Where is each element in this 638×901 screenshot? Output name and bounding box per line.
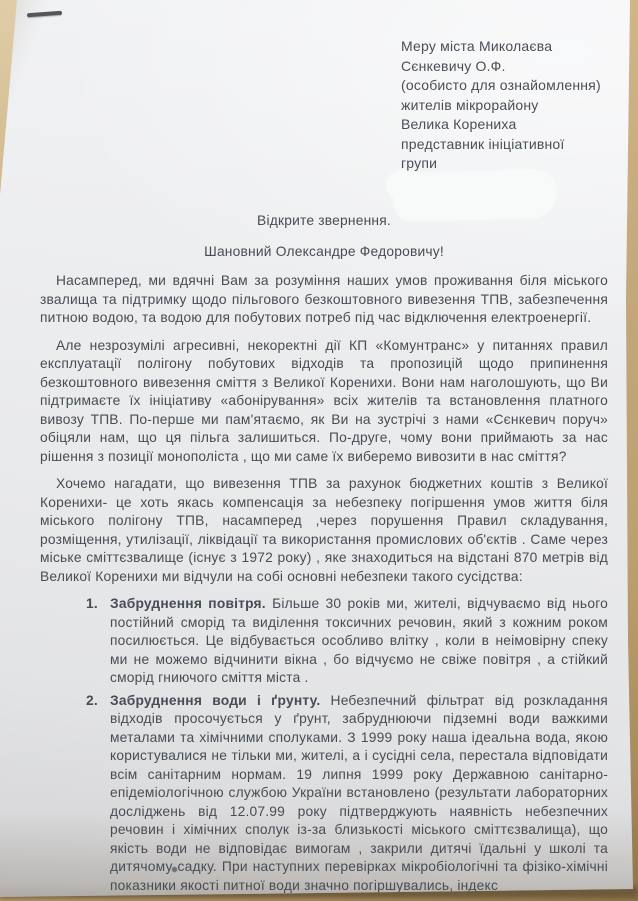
letter-body: Відкрите звернення. Шановний Олександре … [40, 0, 608, 899]
item-lead: Забруднення води і ґрунту. [110, 693, 320, 708]
item-body: Небезпечний фільтрат від розкладання від… [110, 693, 608, 893]
letter-title: Відкрите звернення. [40, 212, 608, 231]
numbered-item: 1. Забруднення повітря. Більше 30 років … [86, 595, 608, 688]
ink-dot [172, 867, 177, 872]
paper: Меру міста Миколаєва Сєнкевичу О.Ф. (осо… [0, 0, 638, 901]
paragraph: Але незрозумілі агресивні, некоректні ді… [40, 337, 608, 467]
item-text: Забруднення води і ґрунту. Небезпечний ф… [110, 692, 608, 896]
item-text: Забруднення повітря. Більше 30 років ми,… [110, 595, 608, 688]
letter-photo: Меру міста Миколаєва Сєнкевичу О.Ф. (осо… [0, 0, 638, 901]
item-number: 1. [86, 595, 102, 688]
numbered-item: 2. Забруднення води і ґрунту. Небезпечни… [86, 692, 608, 896]
paragraph: Хочемо нагадати, що вивезення ТПВ за рах… [40, 475, 608, 586]
item-lead: Забруднення повітря. [110, 596, 266, 611]
paragraph: Насамперед, ми вдячні Вам за розуміння н… [40, 272, 608, 328]
item-number: 2. [86, 692, 102, 896]
salutation: Шановний Олександре Федоровичу! [40, 243, 608, 262]
